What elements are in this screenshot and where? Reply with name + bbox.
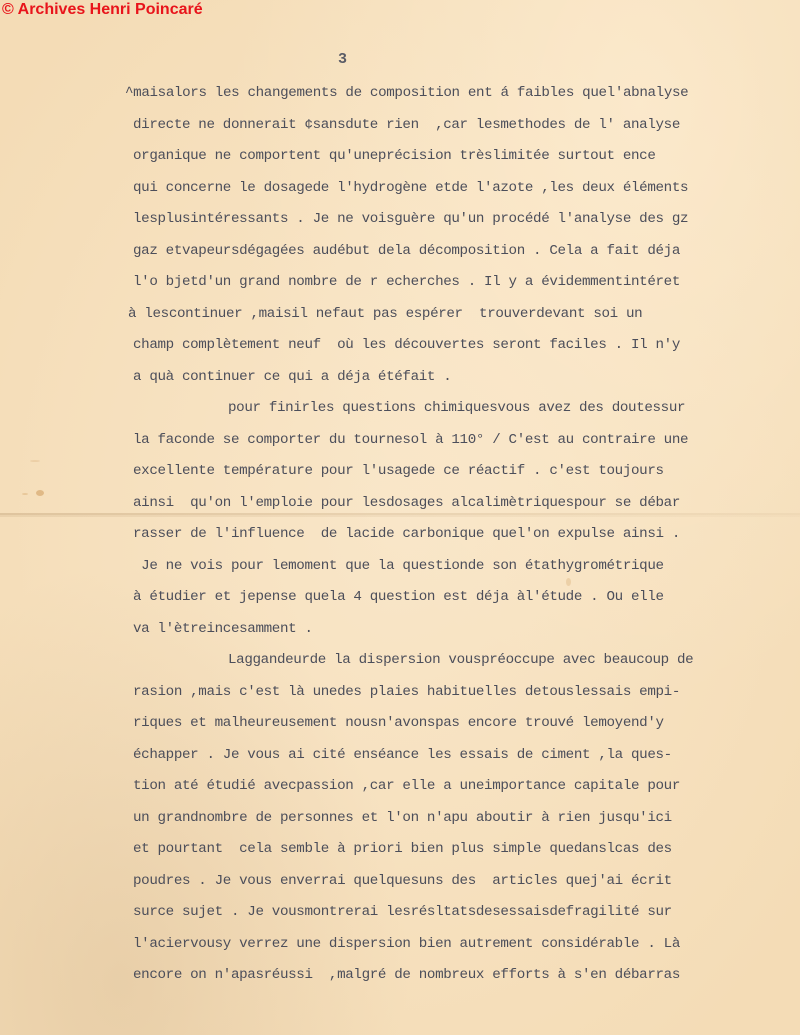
- text-line: a quà continuer ce qui a déja étéfait .: [133, 368, 451, 386]
- text-line: va l'ètreincesamment .: [133, 620, 313, 638]
- text-line: un grandnombre de personnes et l'on n'ap…: [133, 809, 672, 827]
- text-line: à étudier et jepense quela 4 question es…: [133, 588, 664, 606]
- text-line: surce sujet . Je vousmontrerai lesréslta…: [133, 903, 672, 921]
- text-line: la faconde se comporter du tournesol à 1…: [133, 431, 688, 449]
- paper-fold-line-shadow: [0, 515, 800, 517]
- document-page: © Archives Henri Poincaré 3 ^maisalors l…: [0, 0, 800, 1035]
- text-line: ^maisalors les changements de compositio…: [125, 84, 688, 102]
- text-line: directe ne donnerait ¢sansdute rien ,car…: [133, 116, 680, 134]
- text-line: rasser de l'influence de lacide carboniq…: [133, 525, 680, 543]
- paragraph-start-line: pour finirles questions chimiquesvous av…: [228, 399, 685, 417]
- text-line: et pourtant cela semble à priori bien pl…: [133, 840, 672, 858]
- text-line: gaz etvapeursdégagées audébut dela décom…: [133, 242, 680, 260]
- text-line: qui concerne le dosagede l'hydrogène etd…: [133, 179, 688, 197]
- text-line: lesplusintéressants . Je ne voisguère qu…: [133, 210, 688, 228]
- text-line: l'o bjetd'un grand nombre de r echerches…: [133, 273, 680, 291]
- text-line: l'aciervousy verrez une dispersion bien …: [133, 935, 680, 953]
- text-line: champ complètement neuf où les découvert…: [133, 336, 680, 354]
- text-line: excellente température pour l'usagede ce…: [133, 462, 664, 480]
- text-line: organique ne comportent qu'uneprécision …: [133, 147, 656, 165]
- paper-stain: [36, 490, 44, 496]
- paper-stain: [566, 578, 571, 586]
- text-line: ainsi qu'on l'emploie pour lesdosages al…: [133, 494, 680, 512]
- text-line: Je ne vois pour lemoment que la question…: [133, 557, 664, 575]
- text-line: échapper . Je vous ai cité enséance les …: [133, 746, 672, 764]
- text-line: poudres . Je vous enverrai quelquesuns d…: [133, 872, 672, 890]
- paragraph-start-line: Laggandeurde la dispersion vouspréoccupe…: [228, 651, 693, 669]
- typewritten-letter-body: ^maisalors les changements de compositio…: [0, 0, 33, 496]
- text-line: riques et malheureusement nousn'avonspas…: [133, 714, 664, 732]
- text-line: rasion ,mais c'est là unedes plaies habi…: [133, 683, 680, 701]
- text-line: encore on n'apasréussi ,malgré de nombre…: [133, 966, 680, 984]
- page-number: 3: [338, 51, 347, 68]
- text-line: à lescontinuer ,maisil nefaut pas espére…: [128, 305, 642, 323]
- text-line: tion até étudié avecpassion ,car elle a …: [133, 777, 680, 795]
